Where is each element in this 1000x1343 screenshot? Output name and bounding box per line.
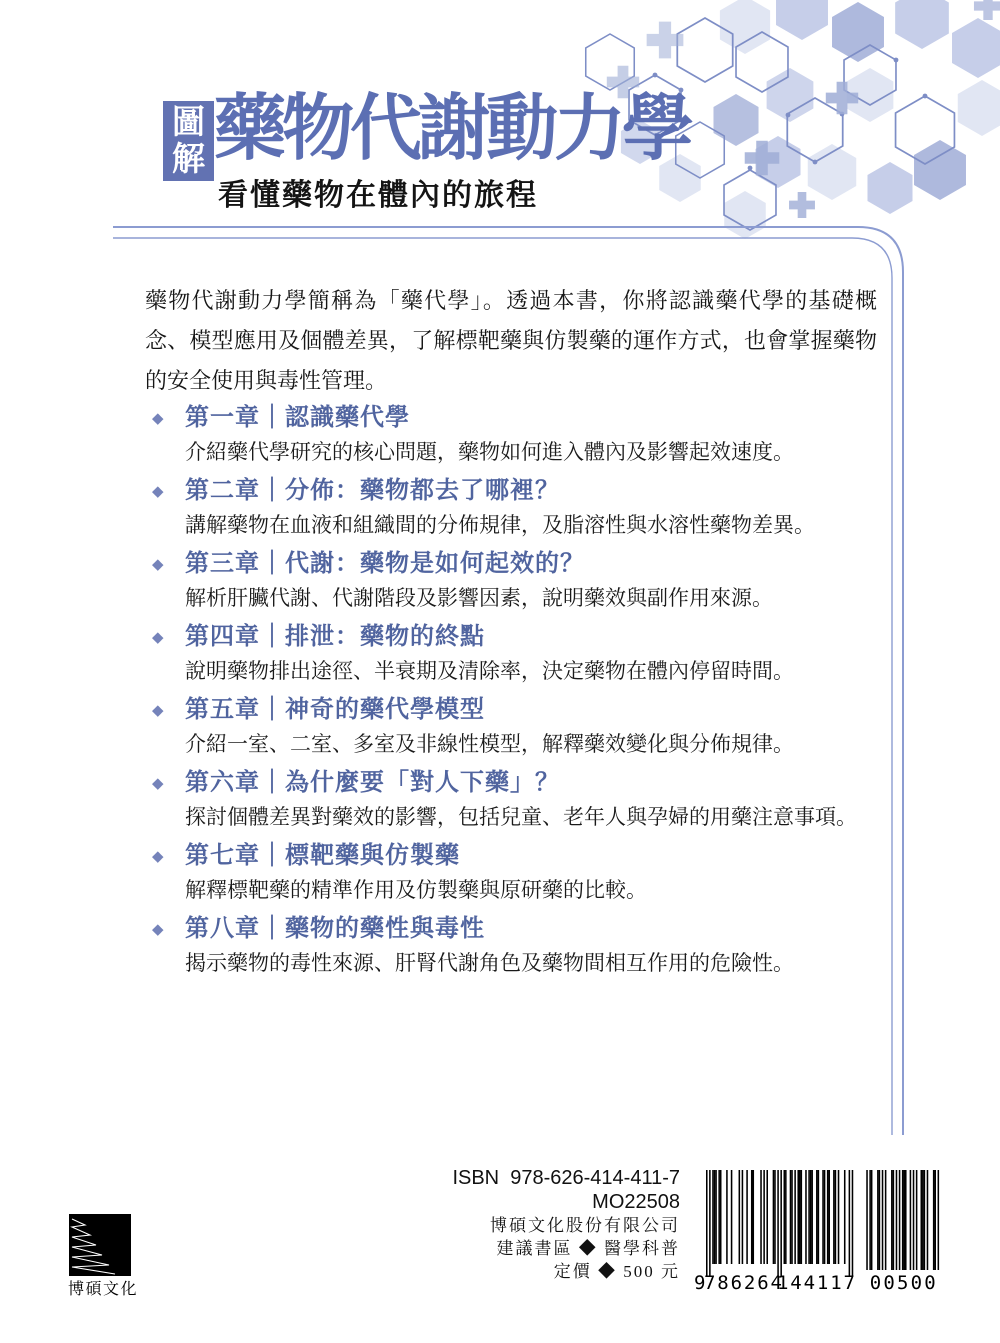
diamond-bullet-icon: ◆ (152, 409, 185, 427)
publisher-logo (69, 1214, 131, 1276)
chapter-description: 說明藥物排出途徑、半衰期及清除率，決定藥物在體內停留時間。 (185, 659, 897, 685)
chapter-title: 第四章｜排泄：藥物的終點 (185, 621, 485, 654)
chapter-description: 解析肝臟代謝、代謝階段及影響因素，說明藥效與副作用來源。 (185, 586, 897, 612)
price-text: 定價 ◆ 500 元 (330, 1260, 680, 1283)
intro-paragraph: 藥物代謝動力學簡稱為「藥代學」。透過本書，你將認識藥代學的基礎概念、模型應用及個… (145, 281, 877, 401)
chapter-item-1: ◆第一章｜認識藥代學 介紹藥代學研究的核心問題，藥物如何進入體內及影響起效速度。 (152, 402, 897, 466)
chapter-description: 介紹藥代學研究的核心問題，藥物如何進入體內及影響起效速度。 (185, 440, 897, 466)
diamond-bullet-icon: ◆ (152, 847, 185, 865)
book-back-cover: 圖 解 藥物代謝動力學 看懂藥物在體內的旅程 藥物代謝動力學簡稱為「藥代學」。透… (0, 0, 1000, 1343)
chapter-list: ◆第一章｜認識藥代學 介紹藥代學研究的核心問題，藥物如何進入體內及影響起效速度。… (152, 402, 897, 986)
category-text: 建議書區 ◆ 醫學科普 (330, 1237, 680, 1260)
chapter-title: 第六章｜為什麼要「對人下藥」？ (185, 767, 560, 800)
chapter-title: 第八章｜藥物的藥性與毒性 (185, 913, 485, 946)
badge-char-top: 圖 (172, 105, 205, 141)
isbn-text: ISBN 978-626-414-411-7 (330, 1166, 680, 1190)
diamond-bullet-icon: ◆ (152, 920, 185, 938)
chapter-description: 講解藥物在血液和組織間的分佈規律，及脂溶性與水溶性藥物差異。 (185, 513, 897, 539)
publication-info: ISBN 978-626-414-411-7 MO22508 博碩文化股份有限公… (330, 1166, 680, 1283)
chapter-title: 第一章｜認識藥代學 (185, 402, 410, 435)
chapter-description: 探討個體差異對藥效的影響，包括兒童、老年人與孕婦的用藥注意事項。 (185, 805, 897, 831)
publisher-logo-text: 博碩文化 (68, 1276, 138, 1299)
chapter-title: 第七章｜標靶藥與仿製藥 (185, 840, 460, 873)
svg-text:786264: 786264 (704, 1272, 782, 1292)
chapter-item-8: ◆第八章｜藥物的藥性與毒性 揭示藥物的毒性來源、肝腎代謝角色及藥物間相互作用的危… (152, 913, 897, 977)
diamond-bullet-icon: ◆ (152, 628, 185, 646)
chapter-description: 介紹一室、二室、多室及非線性模型，解釋藥效變化與分佈規律。 (185, 732, 897, 758)
chapter-item-7: ◆第七章｜標靶藥與仿製藥 解釋標靶藥的精準作用及仿製藥與原研藥的比較。 (152, 840, 897, 904)
publisher-name: 博碩文化股份有限公司 (330, 1214, 680, 1237)
chapter-item-6: ◆第六章｜為什麼要「對人下藥」？ 探討個體差異對藥效的影響，包括兒童、老年人與孕… (152, 767, 897, 831)
chapter-description: 解釋標靶藥的精準作用及仿製藥與原研藥的比較。 (185, 878, 897, 904)
diamond-bullet-icon: ◆ (152, 482, 185, 500)
diamond-bullet-icon: ◆ (152, 701, 185, 719)
tujie-badge: 圖 解 (163, 101, 214, 181)
ean13-barcode: 978626414411700500 (692, 1170, 942, 1292)
diamond-bullet-icon: ◆ (152, 555, 185, 573)
chapter-title: 第三章｜代謝：藥物是如何起效的？ (185, 548, 585, 581)
chapter-item-4: ◆第四章｜排泄：藥物的終點 說明藥物排出途徑、半衰期及清除率，決定藥物在體內停留… (152, 621, 897, 685)
diamond-bullet-icon: ◆ (152, 774, 185, 792)
chapter-item-3: ◆第三章｜代謝：藥物是如何起效的？ 解析肝臟代謝、代謝階段及影響因素，說明藥效與… (152, 548, 897, 612)
product-code: MO22508 (330, 1190, 680, 1214)
badge-char-bottom: 解 (172, 142, 205, 178)
chapter-item-2: ◆第二章｜分佈：藥物都去了哪裡？ 講解藥物在血液和組織間的分佈規律，及脂溶性與水… (152, 475, 897, 539)
book-subtitle: 看懂藥物在體內的旅程 (218, 170, 538, 214)
chapter-title: 第五章｜神奇的藥代學模型 (185, 694, 485, 727)
book-title: 藥物代謝動力學 (214, 86, 690, 172)
chapter-title: 第二章｜分佈：藥物都去了哪裡？ (185, 475, 560, 508)
svg-text:00500: 00500 (870, 1272, 936, 1292)
svg-text:144117: 144117 (777, 1272, 855, 1292)
chapter-description: 揭示藥物的毒性來源、肝腎代謝角色及藥物間相互作用的危險性。 (185, 951, 897, 977)
chapter-item-5: ◆第五章｜神奇的藥代學模型 介紹一室、二室、多室及非線性模型，解釋藥效變化與分佈… (152, 694, 897, 758)
